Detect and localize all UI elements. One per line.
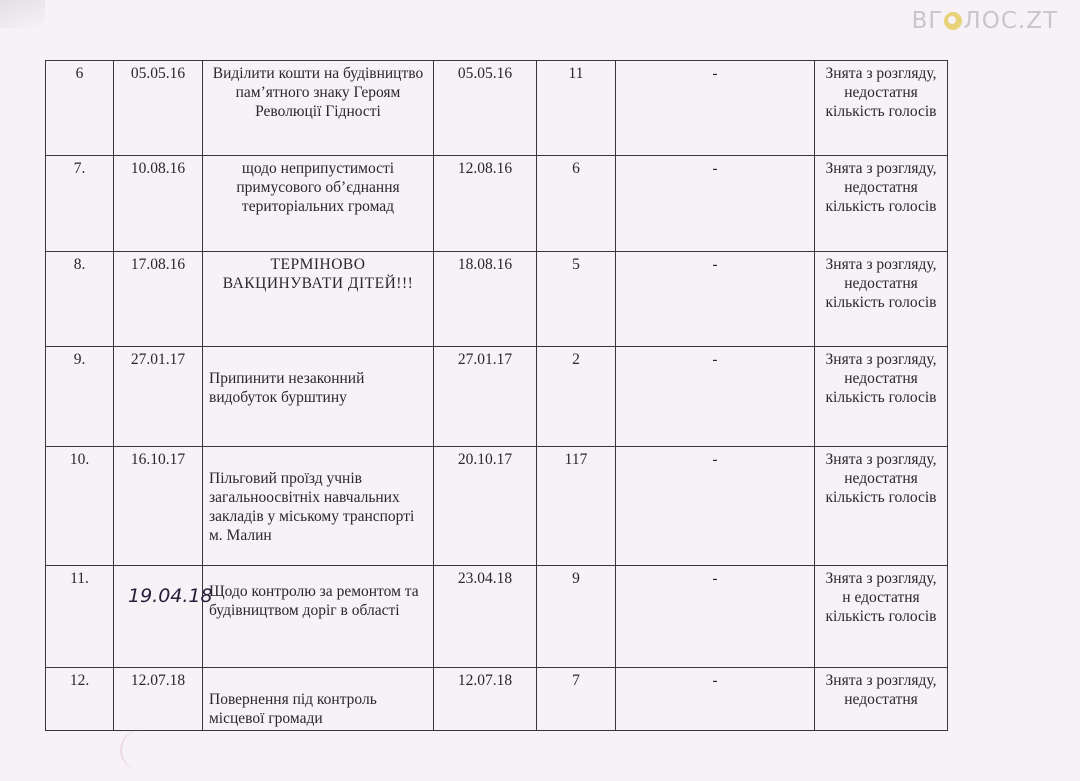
date-submitted: 05.05.16 [114, 61, 203, 156]
response: - [616, 668, 815, 731]
site-watermark: ВГ ЛОС.ZT [912, 8, 1058, 34]
date-submitted: 12.07.18 [114, 668, 203, 731]
table-row: 7. 10.08.16 щодо неприпустимості примусо… [46, 156, 948, 252]
response: - [616, 252, 815, 347]
status: Знята з розгляду, недостатня кількість г… [815, 252, 948, 347]
row-number: 12. [46, 668, 114, 731]
date-submitted-handwritten: 19.04.18 [114, 566, 203, 668]
status: Знята з розгляду, недостатня кількість г… [815, 347, 948, 447]
table-row: 10. 16.10.17 Пільговий проїзд учнів зага… [46, 447, 948, 566]
petition-title: ТЕРМІНОВО ВАКЦИНУВАТИ ДІТЕЙ!!! [203, 252, 434, 347]
table-row: 9. 27.01.17 Припинити незаконний видобут… [46, 347, 948, 447]
watermark-text-right: ЛОС.ZT [963, 8, 1058, 34]
status: Знята з розгляду, недостатня кількість г… [815, 447, 948, 566]
petitions-table: 6 05.05.16 Виділити кошти на будівництво… [45, 60, 948, 731]
petition-title: щодо неприпустимості примусового об’єдна… [203, 156, 434, 252]
date-published: 12.08.16 [434, 156, 537, 252]
watermark-text-left: ВГ [912, 8, 944, 34]
votes-count: 6 [537, 156, 616, 252]
petition-title: Щодо контролю за ремонтом та будівництво… [203, 566, 434, 668]
votes-count: 7 [537, 668, 616, 731]
row-number: 6 [46, 61, 114, 156]
date-submitted: 16.10.17 [114, 447, 203, 566]
table-row: 12. 12.07.18 Повернення під контроль міс… [46, 668, 948, 731]
date-submitted: 17.08.16 [114, 252, 203, 347]
status: Знята з розгляду, н едостатня кількість … [815, 566, 948, 668]
row-number: 11. [46, 566, 114, 668]
votes-count: 5 [537, 252, 616, 347]
response: - [616, 447, 815, 566]
date-published: 12.07.18 [434, 668, 537, 731]
date-published: 27.01.17 [434, 347, 537, 447]
status: Знята з розгляду, недостатня кількість г… [815, 156, 948, 252]
votes-count: 2 [537, 347, 616, 447]
status: Знята з розгляду, недостатня кількість г… [815, 61, 948, 156]
status: Знята з розгляду, недостатня [815, 668, 948, 731]
handwritten-date: 19.04.18 [128, 587, 213, 606]
date-published: 18.08.16 [434, 252, 537, 347]
sound-wave-logo-icon [944, 12, 962, 30]
table-row: 11. 19.04.18 Щодо контролю за ремонтом т… [46, 566, 948, 668]
response: - [616, 347, 815, 447]
votes-count: 11 [537, 61, 616, 156]
date-submitted: 10.08.16 [114, 156, 203, 252]
row-number: 7. [46, 156, 114, 252]
table-row: 8. 17.08.16 ТЕРМІНОВО ВАКЦИНУВАТИ ДІТЕЙ!… [46, 252, 948, 347]
petition-title: Пільговий проїзд учнів загальноосвітніх … [203, 447, 434, 566]
table-row: 6 05.05.16 Виділити кошти на будівництво… [46, 61, 948, 156]
row-number: 9. [46, 347, 114, 447]
petition-title: Виділити кошти на будівництво пам’ятного… [203, 61, 434, 156]
date-submitted: 27.01.17 [114, 347, 203, 447]
row-number: 10. [46, 447, 114, 566]
petition-title: Повернення під контроль місцевої громади [203, 668, 434, 731]
ink-smudge [120, 730, 162, 770]
votes-count: 9 [537, 566, 616, 668]
votes-count: 117 [537, 447, 616, 566]
date-published: 20.10.17 [434, 447, 537, 566]
date-published: 05.05.16 [434, 61, 537, 156]
petition-title: Припинити незаконний видобуток бурштину [203, 347, 434, 447]
row-number: 8. [46, 252, 114, 347]
response: - [616, 156, 815, 252]
date-published: 23.04.18 [434, 566, 537, 668]
scan-page-corner [0, 0, 45, 28]
response: - [616, 61, 815, 156]
response: - [616, 566, 815, 668]
